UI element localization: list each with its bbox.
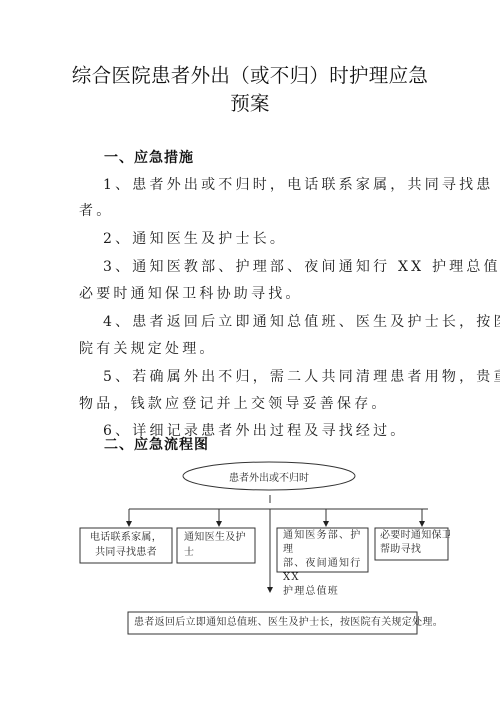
flowchart-branch-2: 通知医生及护士 [184, 530, 254, 560]
flowchart-branch-4: 必要时通知保卫科 帮助寻找 [380, 529, 450, 557]
branch-2-line1: 通知医生及护士 [184, 530, 254, 560]
flowchart-diagram [0, 0, 500, 707]
flowchart-end-label: 患者返回后立即通知总值班、医生及护士长，按医院有关规定处理。 [134, 615, 417, 630]
branch-4-line1: 必要时通知保卫科 [380, 529, 450, 543]
flowchart-start-label: 患者外出或不归时 [183, 469, 355, 484]
branch-1-line2: 共同寻找患者 [82, 545, 170, 560]
flowchart-branch-3: 通知医务部、护理 部、夜间通知行 XX 护理总值班 [283, 529, 367, 599]
branch-1-line1: 电话联系家属， [82, 530, 170, 545]
branch-3-line2: 部、夜间通知行 XX [283, 557, 367, 585]
branch-4-line2: 帮助寻找 [380, 543, 450, 557]
branch-3-line1: 通知医务部、护理 [283, 529, 367, 557]
branch-3-line3: 护理总值班 [283, 585, 367, 599]
flowchart-branch-1: 电话联系家属， 共同寻找患者 [82, 530, 170, 560]
